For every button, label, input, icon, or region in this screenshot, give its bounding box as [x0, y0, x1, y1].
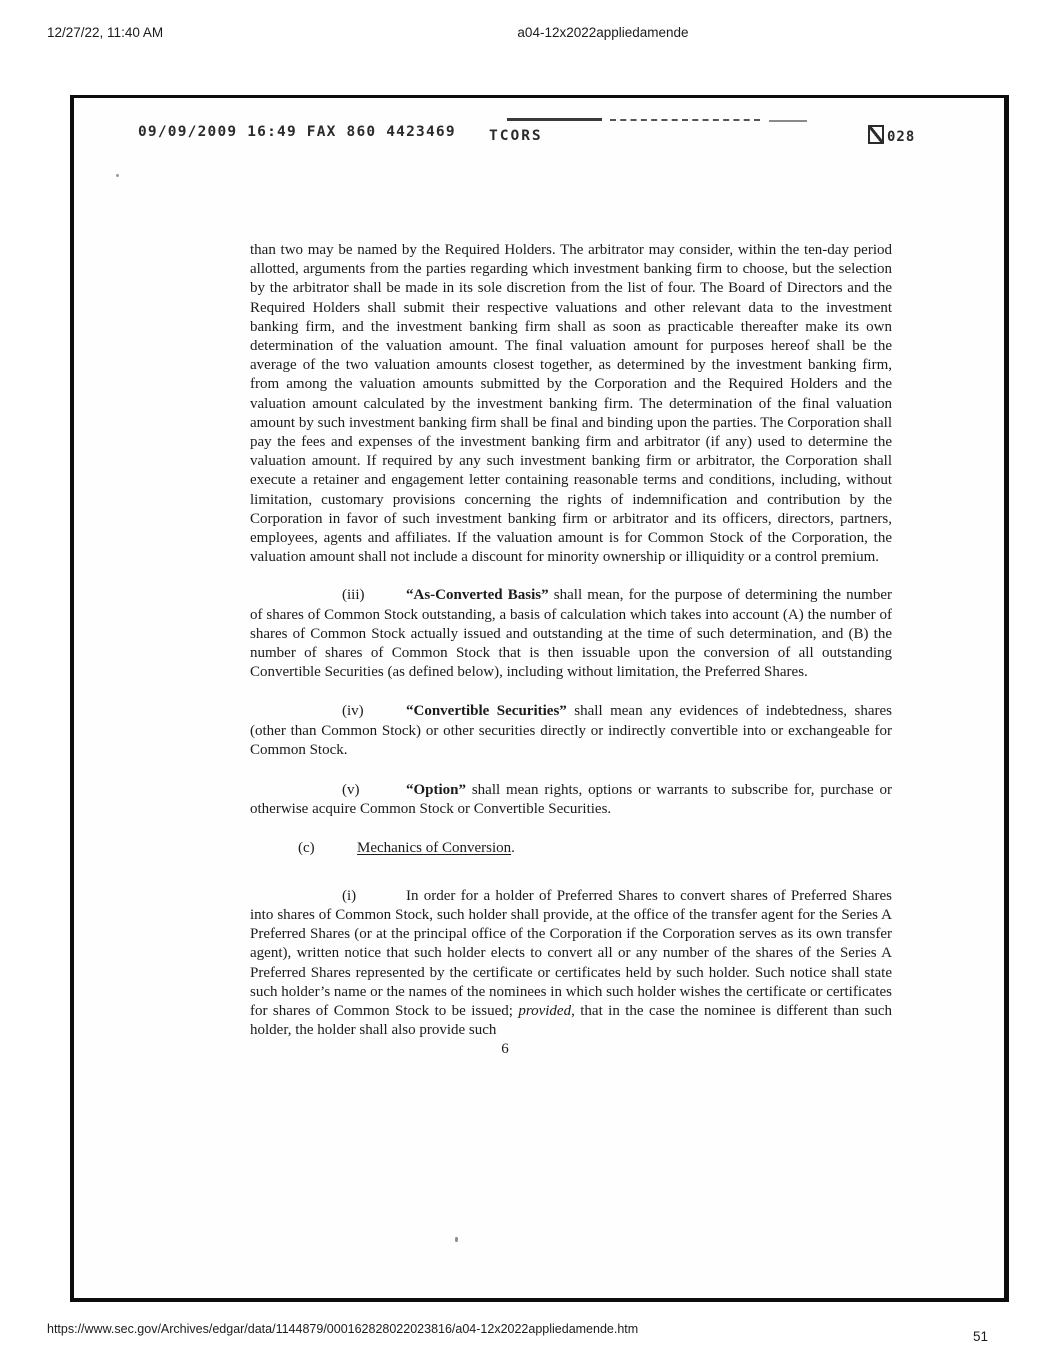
scanned-page: 09/09/2009 16:49 FAX 860 4423469 TCORS 0… [70, 95, 1009, 1302]
paragraph-i: (i)In order for a holder of Preferred Sh… [250, 887, 892, 1041]
fax-page-counter: 028 [868, 125, 915, 145]
document-body: than two may be named by the Required Ho… [250, 241, 892, 1040]
scan-artifact-line-tail [769, 120, 807, 122]
paragraph-iv: (iv)“Convertible Securities” shall mean … [250, 702, 892, 760]
fax-page-count: 028 [887, 129, 915, 145]
paragraph-v: (v)“Option” shall mean rights, options o… [250, 781, 892, 819]
defined-term-convertible-securities: “Convertible Securities” [406, 703, 567, 719]
defined-term-option: “Option” [406, 782, 466, 798]
print-doc-title: a04-12x2022appliedamende [517, 25, 688, 40]
section-c-heading: (c)Mechanics of Conversion. [250, 839, 892, 858]
defined-term-as-converted-basis: “As-Converted Basis” [406, 587, 549, 603]
scan-artifact-dot [116, 174, 119, 177]
print-datetime: 12/27/22, 11:40 AM [47, 25, 163, 40]
document-page-number: 6 [40, 1041, 970, 1058]
paragraph-i-text-before: In order for a holder of Preferred Share… [250, 888, 892, 1019]
section-c-title: Mechanics of Conversion [357, 840, 511, 856]
paragraph-iii: (iii)“As-Converted Basis” shall mean, fo… [250, 586, 892, 682]
footer-url: https://www.sec.gov/Archives/edgar/data/… [47, 1322, 638, 1336]
scan-artifact-dot [455, 1237, 458, 1242]
scan-artifact-line-dotted [610, 119, 760, 121]
item-label-v: (v) [250, 781, 406, 800]
section-c-period: . [511, 840, 515, 856]
scan-artifact-line-solid [507, 118, 602, 121]
item-label-i: (i) [250, 887, 406, 906]
footer-page-number: 51 [973, 1329, 988, 1344]
print-header: 12/27/22, 11:40 AM a04-12x2022appliedame… [0, 25, 1055, 45]
print-footer: https://www.sec.gov/Archives/edgar/data/… [0, 1322, 1055, 1344]
paragraph-i-provided: provided [518, 1003, 571, 1019]
fax-page-icon [868, 125, 884, 144]
item-label-iii: (iii) [250, 586, 406, 605]
fax-sender: TCORS [489, 128, 543, 144]
item-label-iv: (iv) [250, 702, 406, 721]
paragraph-continuation: than two may be named by the Required Ho… [250, 241, 892, 567]
fax-timestamp: 09/09/2009 16:49 FAX 860 4423469 [138, 124, 456, 140]
section-c-label: (c) [250, 839, 357, 858]
